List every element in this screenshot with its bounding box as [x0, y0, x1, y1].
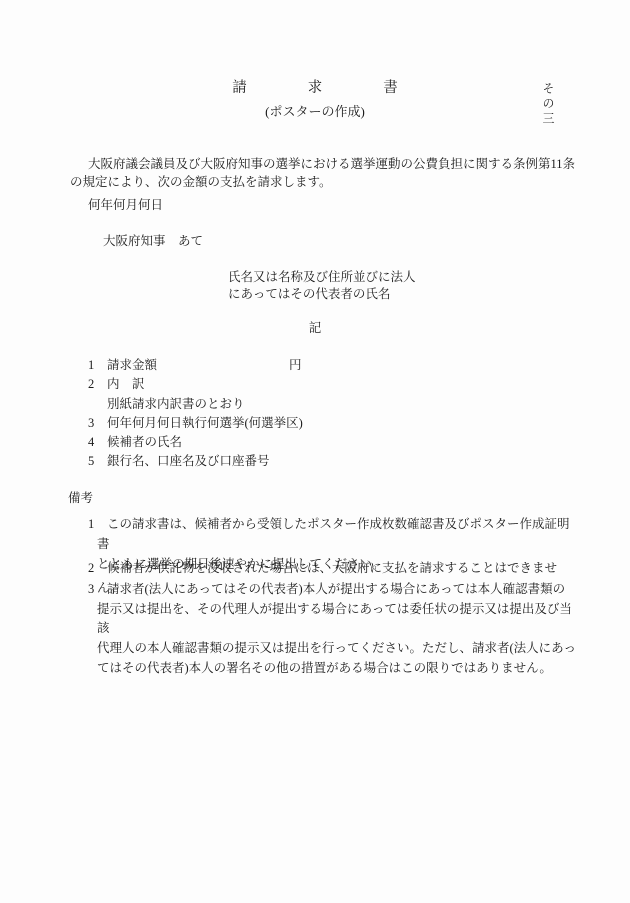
- yen-unit-label: 円: [289, 358, 302, 372]
- document-subtitle: (ポスターの作成): [0, 104, 630, 120]
- item-label: 候補者の氏名: [107, 435, 182, 449]
- note-number: 2: [88, 558, 94, 578]
- list-item-amount: 1請求金額円: [0, 356, 630, 375]
- applicant-name-block: 氏名又は名称及び住所並びに法人 にあってはその代表者の氏名: [228, 269, 416, 303]
- list-item-bank-account: 5銀行名、口座名及び口座番号: [0, 452, 630, 471]
- item-label: 請求金額: [107, 358, 157, 372]
- document-page: 請求書 (ポスターの作成) その三 大阪府議会議員及び大阪府知事の選挙における選…: [0, 0, 630, 903]
- ki-marker: 記: [0, 321, 630, 335]
- list-item-candidate-name: 4候補者の氏名: [0, 433, 630, 452]
- remark-note-3: 3 請求者(法人にあってはその代表者)本人が提出する場合にあっては本人確認書類の…: [0, 580, 630, 679]
- addressee-line: 大阪府知事 あて: [103, 234, 203, 248]
- item-number: 5: [88, 452, 107, 471]
- note-number: 1: [88, 514, 94, 534]
- item-label: 内 訳: [107, 377, 145, 391]
- intro-paragraph: 大阪府議会議員及び大阪府知事の選挙における選挙運動の公費負担に関する条例第11条…: [70, 155, 582, 192]
- list-item-breakdown: 2内 訳: [0, 375, 630, 394]
- date-placeholder: 何年何月何日: [88, 198, 163, 212]
- remarks-heading: 備考: [68, 491, 93, 505]
- form-number-label: その三: [541, 82, 555, 127]
- item-number: 2: [88, 375, 107, 394]
- item-label: 何年何月何日執行何選挙(何選挙区): [107, 416, 303, 430]
- item-number: 4: [88, 433, 107, 452]
- list-item-breakdown-detail: 別紙請求内訳書のとおり: [0, 395, 630, 414]
- item-number: 3: [88, 414, 107, 433]
- document-title: 請求書: [0, 80, 630, 96]
- note-number: 3: [88, 580, 94, 600]
- item-number: 1: [88, 356, 107, 375]
- request-items-list: 1請求金額円 2内 訳 別紙請求内訳書のとおり 3何年何月何日執行何選挙(何選挙…: [0, 356, 630, 472]
- list-item-election: 3何年何月何日執行何選挙(何選挙区): [0, 414, 630, 433]
- note-text: 請求者(法人にあってはその代表者)本人が提出する場合にあっては本人確認書類の 提…: [97, 580, 580, 679]
- item-label: 銀行名、口座名及び口座番号: [107, 454, 270, 468]
